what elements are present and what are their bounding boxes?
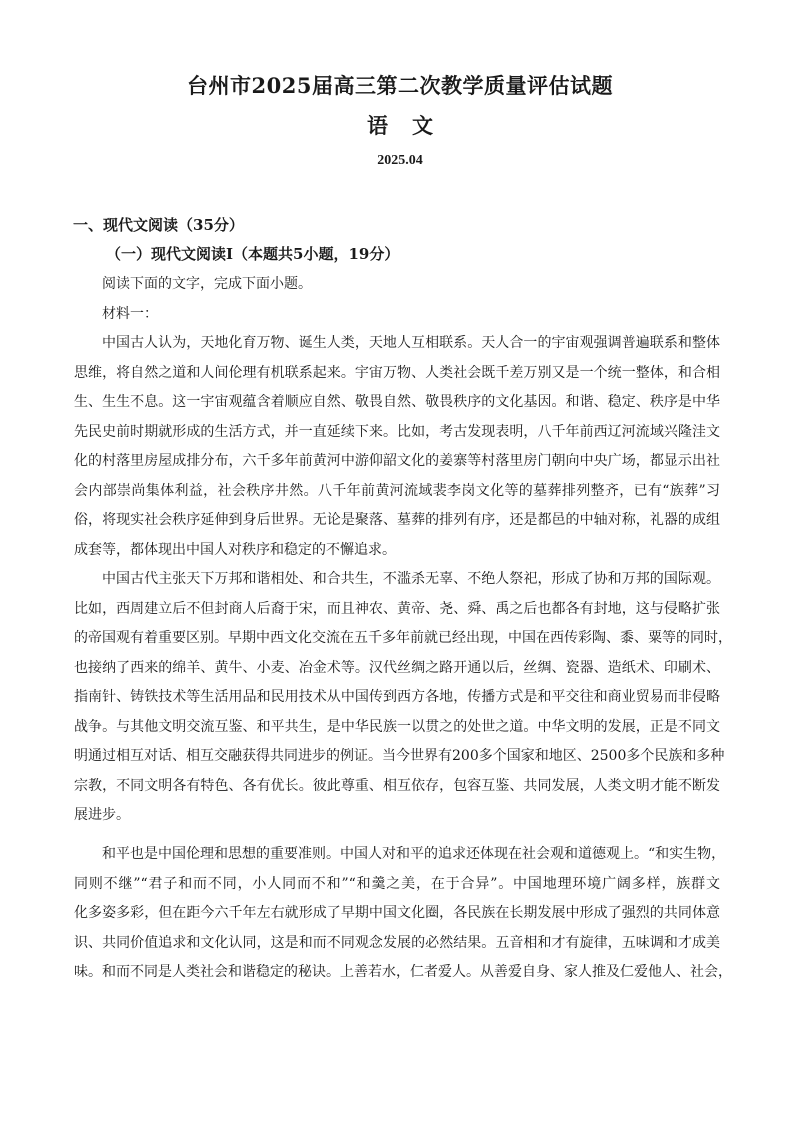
exam-date: 2025.04 — [0, 153, 800, 169]
body-line: 也接纳了西来的绵羊、黄牛、小麦、冶金术等。汉代丝绸之路开通以后，丝绸、瓷器、造纸… — [74, 658, 720, 678]
body-line: 思维，将自然之道和人间伦理有机联系起来。宇宙万物、人类社会既千差万别又是一个统一… — [74, 363, 720, 383]
instruction-text: 阅读下面的文字，完成下面小题。 — [102, 274, 720, 294]
section-heading: 一、现代文阅读（35分） — [73, 214, 244, 235]
body-line: 先民史前时期就形成的生活方式，并一直延续下来。比如，考古发现表明，八千年前西辽河… — [74, 422, 720, 442]
body-line: 展进步。 — [74, 805, 720, 825]
subsection-heading: （一）现代文阅读Ⅰ（本题共5小题，19分） — [106, 243, 399, 264]
subject-char-2: 文 — [412, 110, 433, 140]
body-line: 比如，西周建立后不但封商人后裔于宋，而且神农、黄帝、尧、舜、禹之后也都各有封地，… — [74, 599, 720, 619]
body-line: 战争。与其他文明交流互鉴、和平共生，是中华民族一以贯之的处世之道。中华文明的发展… — [74, 717, 720, 737]
body-line: 识、共同价值追求和文化认同，这是和而不同观念发展的必然结果。五音相和才有旋律，五… — [74, 933, 720, 953]
subject-heading: 语文 — [0, 110, 800, 140]
body-line: 同则不继”“君子和而不同，小人同而不和”“和羹之美，在于合异”。中国地理环境广阔… — [74, 874, 720, 894]
exam-title: 台州市2025届高三第二次教学质量评估试题 — [0, 70, 800, 100]
body-line: 指南针、铸铁技术等生活用品和民用技术从中国传到西方各地，传播方式是和平交往和商业… — [74, 687, 720, 707]
body-line: 中国古人认为，天地化育万物、诞生人类，天地人互相联系。天人合一的宇宙观强调普遍联… — [102, 333, 720, 353]
body-line: 化的村落里房屋成排分布，六千多年前黄河中游仰韶文化的姜寨等村落里房门朝向中央广场… — [74, 451, 720, 471]
body-line: 和平也是中国伦理和思想的重要准则。中国人对和平的追求还体现在社会观和道德观上。“… — [102, 844, 720, 864]
body-line: 宗教，不同文明各有特色、各有优长。彼此尊重、相互依存，包容互鉴、共同发展，人类文… — [74, 776, 720, 796]
body-line: 俗，将现实社会秩序延伸到身后世界。无论是聚落、墓葬的排列有序，还是都邑的中轴对称… — [74, 510, 720, 530]
material-label: 材料一： — [102, 304, 720, 324]
body-line: 化多姿多彩，但在距今六千年左右就形成了早期中国文化圈，各民族在长期发展中形成了强… — [74, 903, 720, 923]
body-line: 的帝国观有着重要区别。早期中西文化交流在五千多年前就已经出现，中国在西传彩陶、黍… — [74, 628, 720, 648]
subject-char-1: 语 — [367, 110, 388, 140]
exam-page: 台州市2025届高三第二次教学质量评估试题 语文 2025.04 一、现代文阅读… — [0, 0, 800, 1131]
body-line: 成套等，都体现出中国人对秩序和稳定的不懈追求。 — [74, 540, 720, 560]
body-line: 中国古代主张天下万邦和谐相处、和合共生，不滥杀无辜、不绝人祭祀，形成了协和万邦的… — [102, 569, 720, 589]
body-line: 会内部崇尚集体利益，社会秩序井然。八千年前黄河流域裴李岗文化等的墓葬排列整齐，已… — [74, 481, 720, 501]
body-line: 生、生生不息。这一宇宙观蕴含着顺应自然、敬畏自然、敬畏秩序的文化基因。和谐、稳定… — [74, 392, 720, 412]
body-line: 明通过相互对话、相互交融获得共同进步的例证。当今世界有200多个国家和地区、25… — [74, 746, 720, 766]
body-line: 味。和而不同是人类社会和谐稳定的秘诀。上善若水，仁者爱人。从善爱自身、家人推及仁… — [74, 962, 720, 982]
